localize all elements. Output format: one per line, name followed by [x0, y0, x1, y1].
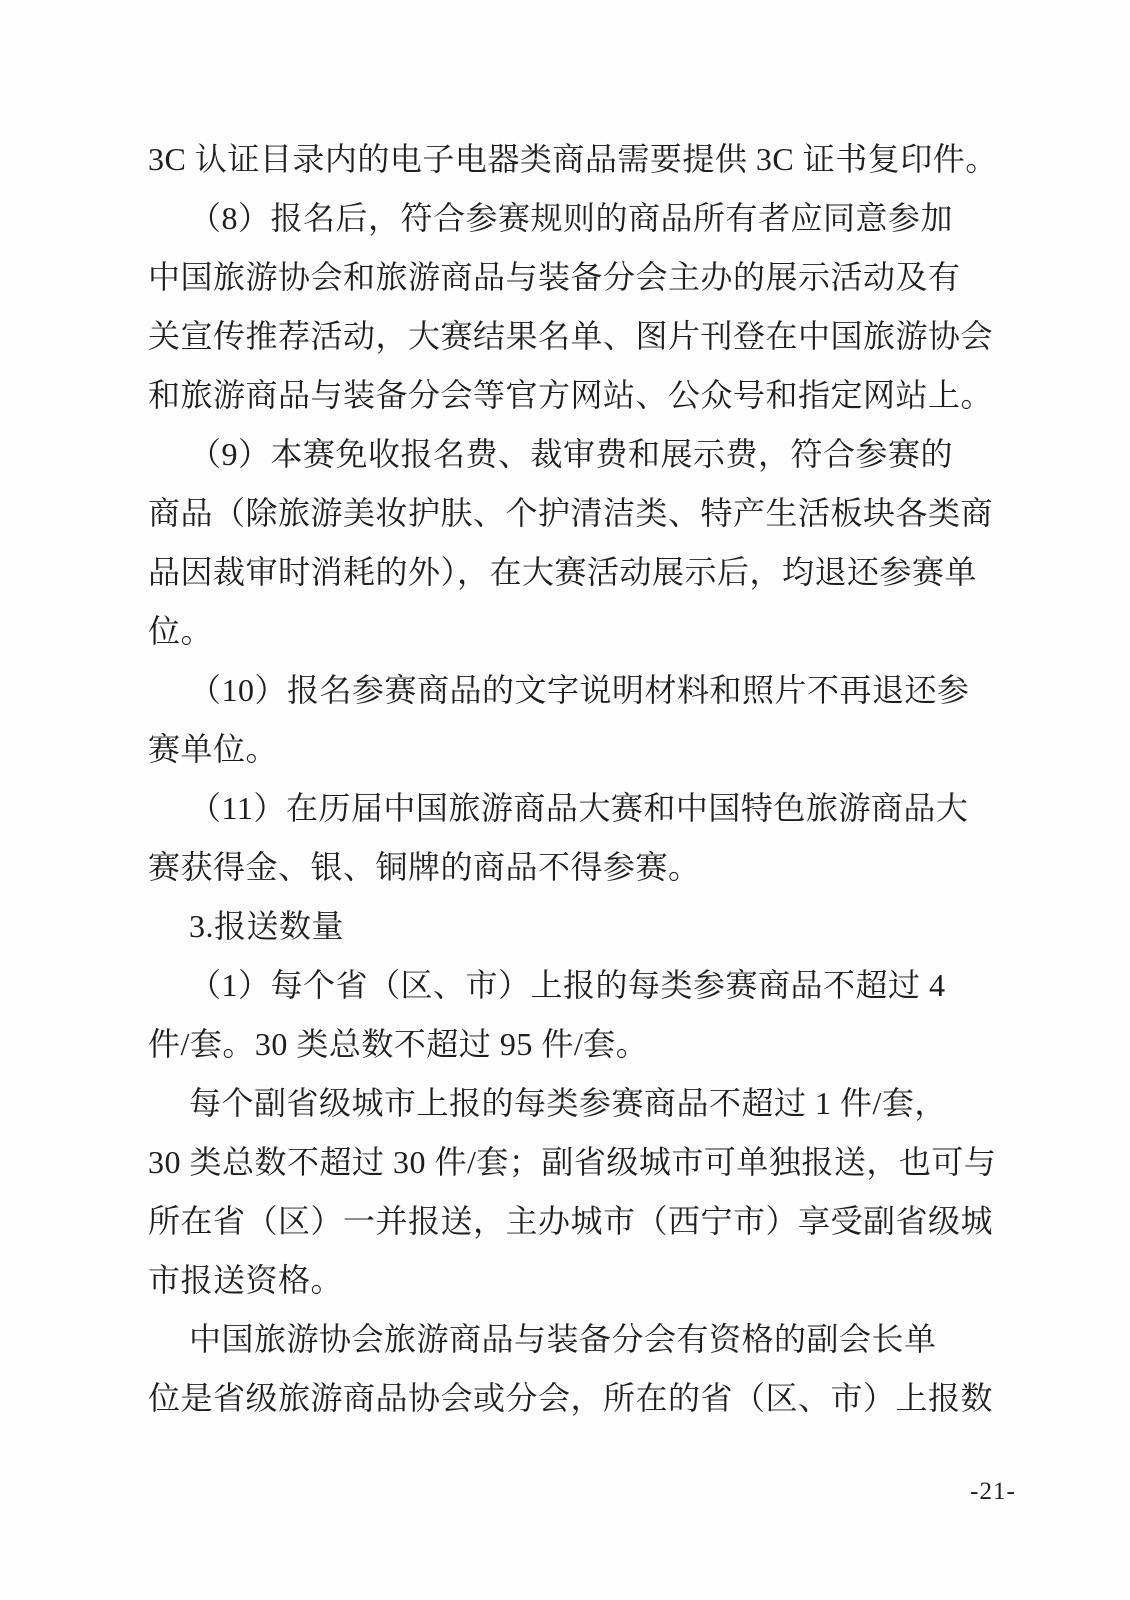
text-line: 中国旅游协会旅游商品与装备分会有资格的副会长单	[148, 1310, 963, 1369]
text-line: （8）报名后，符合参赛规则的商品所有者应同意参加	[148, 189, 963, 248]
text-line: 赛获得金、银、铜牌的商品不得参赛。	[148, 838, 963, 897]
text-line: 件/套。30 类总数不超过 95 件/套。	[148, 1015, 963, 1074]
text-line: 3.报送数量	[148, 897, 963, 956]
text-line: 商品（除旅游美妆护肤、个护清洁类、特产生活板块各类商	[148, 484, 963, 543]
text-line: 每个副省级城市上报的每类参赛商品不超过 1 件/套，	[148, 1074, 963, 1133]
text-line: （9）本赛免收报名费、裁审费和展示费，符合参赛的	[148, 425, 963, 484]
text-line: 品因裁审时消耗的外），在大赛活动展示后，均退还参赛单	[148, 543, 963, 602]
text-line: 所在省（区）一并报送，主办城市（西宁市）享受副省级城	[148, 1192, 963, 1251]
text-line: （11）在历届中国旅游商品大赛和中国特色旅游商品大	[148, 779, 963, 838]
text-line: 关宣传推荐活动，大赛结果名单、图片刊登在中国旅游协会	[148, 307, 963, 366]
text-line: 位是省级旅游商品协会或分会，所在的省（区、市）上报数	[148, 1369, 963, 1428]
text-line: （10）报名参赛商品的文字说明材料和照片不再退还参	[148, 661, 963, 720]
text-line: 和旅游商品与装备分会等官方网站、公众号和指定网站上。	[148, 366, 963, 425]
text-line: 30 类总数不超过 30 件/套；副省级城市可单独报送，也可与	[148, 1133, 963, 1192]
text-line: （1）每个省（区、市）上报的每类参赛商品不超过 4	[148, 956, 963, 1015]
document-text-block: 3C 认证目录内的电子电器类商品需要提供 3C 证书复印件。 （8）报名后，符合…	[148, 130, 963, 1428]
document-page: 3C 认证目录内的电子电器类商品需要提供 3C 证书复印件。 （8）报名后，符合…	[0, 0, 1130, 1600]
text-line: 中国旅游协会和旅游商品与装备分会主办的展示活动及有	[148, 248, 963, 307]
page-number: -21-	[950, 1478, 1036, 1506]
text-line: 3C 认证目录内的电子电器类商品需要提供 3C 证书复印件。	[148, 130, 963, 189]
text-line: 位。	[148, 602, 963, 661]
text-line: 赛单位。	[148, 720, 963, 779]
text-line: 市报送资格。	[148, 1251, 963, 1310]
